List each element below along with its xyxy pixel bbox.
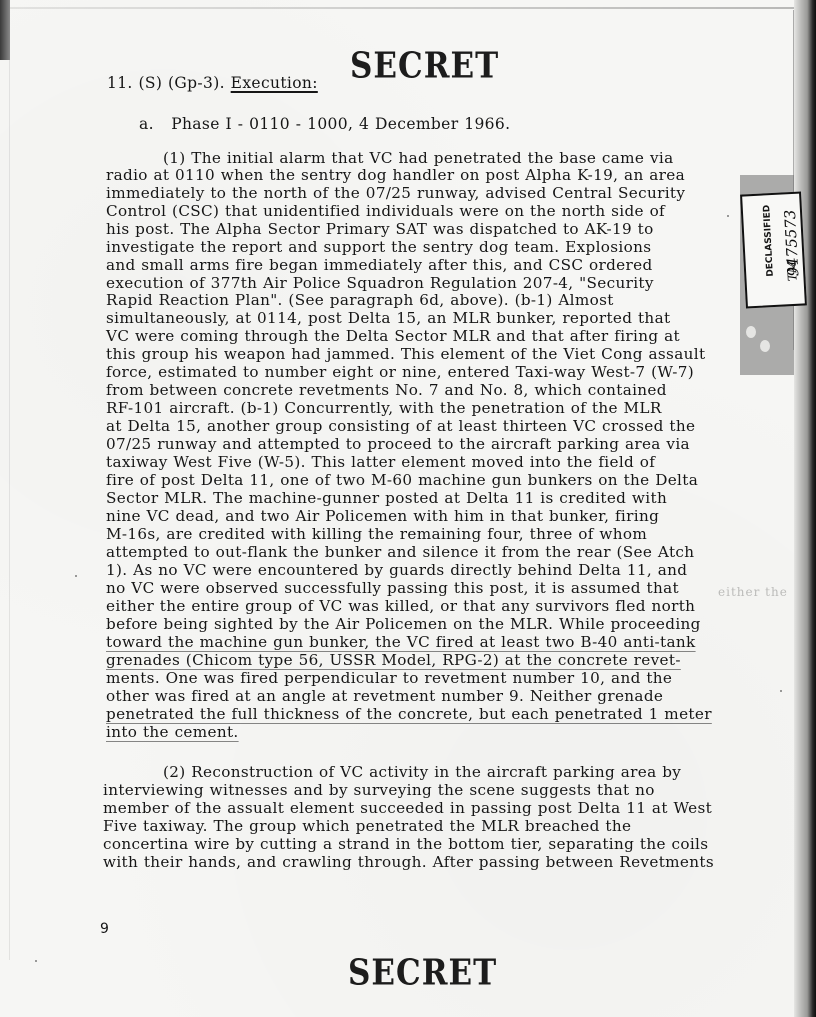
text-line: force, estimated to number eight or nine… bbox=[106, 364, 694, 381]
scan-speck bbox=[75, 575, 77, 577]
section-heading-title: Execution: bbox=[231, 74, 318, 92]
scan-speck bbox=[35, 960, 37, 962]
scan-left-edge bbox=[0, 0, 10, 60]
scan-top-edge bbox=[0, 7, 795, 9]
text-line: either the entire group of VC was killed… bbox=[106, 598, 695, 615]
text-line: before being sighted by the Air Policeme… bbox=[106, 616, 701, 633]
text-line: investigate the report and support the s… bbox=[106, 239, 651, 256]
text-line: Sector MLR. The machine-gunner posted at… bbox=[106, 490, 667, 507]
text-line: RF-101 aircraft. (b-1) Concurrently, wit… bbox=[106, 400, 662, 417]
document-page: DECLASSIFIED 9475573 TM SECRET 11. (S) (… bbox=[0, 0, 816, 1017]
punch-hole bbox=[760, 340, 770, 352]
text-line: nine VC dead, and two Air Policemen with… bbox=[106, 508, 659, 525]
text-line: and small arms fire began immediately af… bbox=[106, 257, 653, 274]
text-line: immediately to the north of the 07/25 ru… bbox=[106, 185, 685, 202]
text-line-underlined: into the cement. bbox=[106, 724, 239, 741]
text-line: Rapid Reaction Plan". (See paragraph 6d,… bbox=[106, 292, 614, 309]
classification-stamp-top: SECRET bbox=[350, 45, 499, 86]
archive-label: DECLASSIFIED 9475573 TM bbox=[740, 191, 807, 308]
text-line: taxiway West Five (W-5). This latter ele… bbox=[106, 454, 655, 471]
text-line: ments. One was fired perpendicular to re… bbox=[106, 670, 672, 687]
scan-left-line bbox=[9, 60, 10, 960]
text-line: concertina wire by cutting a strand in t… bbox=[103, 836, 708, 853]
text-line: this group his weapon had jammed. This e… bbox=[106, 346, 705, 363]
text-line: 07/25 runway and attempted to proceed to… bbox=[106, 436, 690, 453]
text-line: other was fired at an angle at revetment… bbox=[106, 688, 663, 705]
phase-subheading: a. Phase I - 0110 - 1000, 4 December 196… bbox=[139, 116, 510, 133]
scan-speck bbox=[727, 215, 729, 217]
text-line: attempted to out-flank the bunker and si… bbox=[106, 544, 694, 561]
text-line: Five taxiway. The group which penetrated… bbox=[103, 818, 631, 835]
text-line: Control (CSC) that unidentified individu… bbox=[106, 203, 665, 220]
section-heading-prefix: 11. (S) (Gp-3). bbox=[107, 74, 231, 92]
text-line: interviewing witnesses and by surveying … bbox=[103, 782, 655, 799]
text-line-underlined: penetrated the full thickness of the con… bbox=[106, 706, 712, 723]
scan-right-edge bbox=[794, 0, 816, 1017]
text-line: execution of 377th Air Police Squadron R… bbox=[106, 275, 654, 292]
text-line: M-16s, are credited with killing the rem… bbox=[106, 526, 647, 543]
punch-hole bbox=[746, 326, 756, 338]
text-line: his post. The Alpha Sector Primary SAT w… bbox=[106, 221, 654, 238]
text-line: member of the assualt element succeeded … bbox=[103, 800, 712, 817]
text-line: fire of post Delta 11, one of two M-60 m… bbox=[106, 472, 698, 489]
text-line: VC were coming through the Delta Sector … bbox=[106, 328, 680, 345]
bleed-through-text: either the bbox=[718, 585, 788, 599]
classification-stamp-bottom: SECRET bbox=[348, 952, 497, 993]
text-line: from between concrete revetments No. 7 a… bbox=[106, 382, 667, 399]
text-line: (1) The initial alarm that VC had penetr… bbox=[163, 150, 674, 167]
scan-speck bbox=[780, 690, 782, 692]
page-number: 9 bbox=[100, 921, 109, 937]
text-line: radio at 0110 when the sentry dog handle… bbox=[106, 167, 685, 184]
text-line: 1). As no VC were encountered by guards … bbox=[106, 562, 687, 579]
text-line-underlined: grenades (Chicom type 56, USSR Model, RP… bbox=[106, 652, 681, 669]
text-line: (2) Reconstruction of VC activity in the… bbox=[163, 764, 681, 781]
section-heading: 11. (S) (Gp-3). Execution: bbox=[107, 75, 318, 92]
archive-label-printed: DECLASSIFIED bbox=[761, 191, 778, 295]
text-line: simultaneously, at 0114, post Delta 15, … bbox=[106, 310, 670, 327]
text-line: at Delta 15, another group consisting of… bbox=[106, 418, 695, 435]
text-line: no VC were observed successfully passing… bbox=[106, 580, 679, 597]
text-line-underlined: toward the machine gun bunker, the VC fi… bbox=[106, 634, 696, 651]
text-line: with their hands, and crawling through. … bbox=[103, 854, 714, 871]
